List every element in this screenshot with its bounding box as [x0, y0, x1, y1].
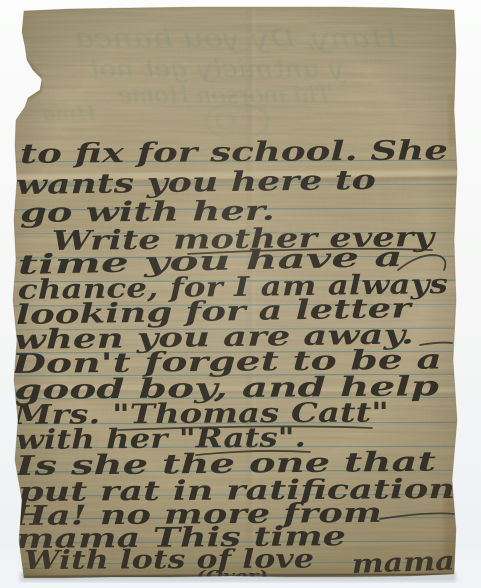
letter-scan-svg: Hany, Dy you hanca y untmicly get not Th… [0, 0, 481, 588]
paper-surface: Hany, Dy you hanca y untmicly get not Th… [0, 0, 481, 588]
scanned-letter-photo: Hany, Dy you hanca y untmicly get not Th… [0, 0, 481, 588]
paper-vignette [0, 0, 481, 588]
